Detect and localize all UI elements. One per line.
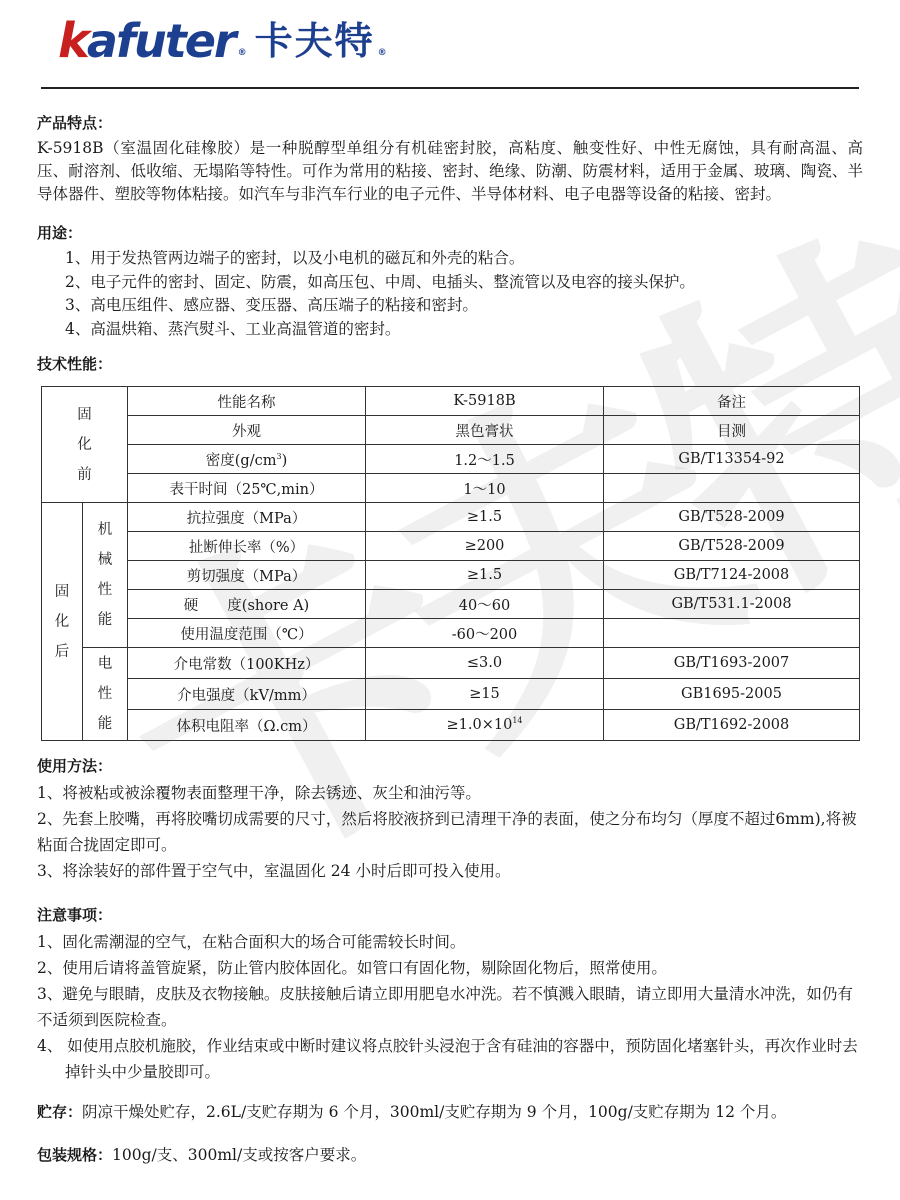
table-row: 体积电阻率（Ω.cm） ≥1.0×1014 GB/T1692-2008: [42, 710, 860, 741]
subgroup-electrical: 电性能: [83, 648, 128, 741]
document-header: kafuter®卡夫特®: [0, 0, 900, 92]
document-body: 产品特点： K-5918B（室温固化硅橡胶）是一种脱醇型单组分有机硅密封胶，高粘…: [37, 110, 863, 378]
cell-note: GB/T531.1-2008: [604, 590, 860, 619]
cell-note: GB/T1692-2008: [604, 710, 860, 741]
cell-value-text: ≥1.0×10: [447, 717, 513, 733]
uses-item: 2、电子元件的密封、固定、防震，如高压包、中周、电插头、整流管以及电容的接头保护…: [37, 271, 863, 295]
packaging-line: 包装规格：100g/支、300ml/支或按客户要求。: [37, 1142, 863, 1169]
table-header-row: 固化前 性能名称 K-5918B 备注: [42, 387, 860, 416]
storage-line: 贮存：阴凉干燥处贮存，2.6L/支贮存期为 6 个月，300ml/支贮存期为 9…: [37, 1099, 863, 1126]
group-label: 固化后: [52, 577, 72, 667]
cell-value: 1～10: [366, 474, 604, 503]
cell-value: 黑色膏状: [366, 416, 604, 445]
logo-wordmark: afuter: [87, 18, 235, 64]
section-uses: 用途： 1、用于发热管两边端子的密封，以及小电机的磁瓦和外壳的粘合。 2、电子元…: [37, 220, 863, 341]
uses-item: 4、高温烘箱、蒸汽熨斗、工业高温管道的密封。: [37, 318, 863, 342]
cell-note: GB/T13354-92: [604, 445, 860, 474]
cell-name: 剪切强度（MPa）: [128, 561, 366, 590]
logo-k-mark: k: [58, 18, 87, 64]
cell-note: GB1695-2005: [604, 679, 860, 710]
registered-mark-cn: ®: [378, 48, 387, 58]
cell-value: ≥200: [366, 532, 604, 561]
col-header-value: K-5918B: [366, 387, 604, 416]
cell-name: 外观: [128, 416, 366, 445]
brand-logo: kafuter®卡夫特®: [58, 18, 395, 64]
cell-value: ≥1.5: [366, 561, 604, 590]
cell-value: 1.2～1.5: [366, 445, 604, 474]
subgroup-label: 电性能: [95, 649, 115, 739]
document-body-lower: 使用方法： 1、将被粘或被涂覆物表面整理干净，除去锈迹、灰尘和油污等。 2、先套…: [37, 753, 863, 1169]
cell-note: GB/T528-2009: [604, 503, 860, 532]
notes-item: 1、固化需潮湿的空气，在粘合面积大的场合可能需较长时间。: [37, 929, 863, 955]
subgroup-mechanical: 机械性能: [83, 503, 128, 648]
table-row: 表干时间（25℃,min） 1～10: [42, 474, 860, 503]
notes-heading: 注意事项：: [37, 902, 863, 929]
cell-note: [604, 474, 860, 503]
table-row: 使用温度范围（℃） -60～200: [42, 619, 860, 648]
cell-note: 目测: [604, 416, 860, 445]
group-after-cure: 固化后: [42, 503, 83, 741]
features-text: K-5918B（室温固化硅橡胶）是一种脱醇型单组分有机硅密封胶，高粘度、触变性好…: [37, 137, 863, 206]
cell-value: ≥1.5: [366, 503, 604, 532]
cell-value: 40～60: [366, 590, 604, 619]
uses-item: 1、用于发热管两边端子的密封，以及小电机的磁瓦和外壳的粘合。: [37, 247, 863, 271]
features-heading: 产品特点：: [37, 110, 863, 137]
cell-name-text: 密度(g/cm: [206, 453, 277, 469]
col-header-note: 备注: [604, 387, 860, 416]
method-heading: 使用方法：: [37, 753, 863, 780]
cell-name: 硬 度(shore A): [128, 590, 366, 619]
cell-note: GB/T1693-2007: [604, 648, 860, 679]
table-row: 固化后 机械性能 抗拉强度（MPa） ≥1.5 GB/T528-2009: [42, 503, 860, 532]
registered-mark: ®: [238, 48, 247, 58]
notes-item: 2、使用后请将盖管旋紧，防止管内胶体固化。如管口有固化物，剔除固化物后，照常使用…: [37, 955, 863, 981]
cell-name: 体积电阻率（Ω.cm）: [128, 710, 366, 741]
cell-name: 表干时间（25℃,min）: [128, 474, 366, 503]
specs-table: 固化前 性能名称 K-5918B 备注 外观 黑色膏状 目测 密度(g/cm3)…: [41, 386, 860, 741]
method-item: 2、先套上胶嘴，再将胶嘴切成需要的尺寸，然后将胶液挤到已清理干净的表面，使之分布…: [37, 806, 863, 858]
group-label: 固化前: [75, 400, 95, 490]
section-method: 使用方法： 1、将被粘或被涂覆物表面整理干净，除去锈迹、灰尘和油污等。 2、先套…: [37, 753, 863, 884]
cell-name: 密度(g/cm3): [128, 445, 366, 474]
col-header-name: 性能名称: [128, 387, 366, 416]
cell-name: 扯断伸长率（%）: [128, 532, 366, 561]
section-features: 产品特点： K-5918B（室温固化硅橡胶）是一种脱醇型单组分有机硅密封胶，高粘…: [37, 110, 863, 206]
table-row: 扯断伸长率（%） ≥200 GB/T528-2009: [42, 532, 860, 561]
packaging-text: 100g/支、300ml/支或按客户要求。: [112, 1146, 366, 1164]
cell-note: [604, 619, 860, 648]
table-row: 密度(g/cm3) 1.2～1.5 GB/T13354-92: [42, 445, 860, 474]
table-row: 介电强度（kV/mm） ≥15 GB1695-2005: [42, 679, 860, 710]
cell-note: GB/T528-2009: [604, 532, 860, 561]
subgroup-label: 机械性能: [95, 515, 115, 635]
cell-value: ≥1.0×1014: [366, 710, 604, 741]
header-divider: [41, 87, 859, 89]
section-notes: 注意事项： 1、固化需潮湿的空气，在粘合面积大的场合可能需较长时间。 2、使用后…: [37, 902, 863, 1085]
group-before-cure: 固化前: [42, 387, 128, 503]
cell-value: ≤3.0: [366, 648, 604, 679]
table-row: 外观 黑色膏状 目测: [42, 416, 860, 445]
specs-heading: 技术性能：: [37, 351, 863, 378]
method-item: 1、将被粘或被涂覆物表面整理干净，除去锈迹、灰尘和油污等。: [37, 780, 863, 806]
table-row: 电性能 介电常数（100KHz） ≤3.0 GB/T1693-2007: [42, 648, 860, 679]
notes-item: 4、 如使用点胶机施胶，作业结束或中断时建议将点胶针头浸泡于含有硅油的容器中，预…: [37, 1033, 863, 1085]
uses-item: 3、高电压组件、感应器、变压器、高压端子的粘接和密封。: [37, 294, 863, 318]
table-row: 硬 度(shore A) 40～60 GB/T531.1-2008: [42, 590, 860, 619]
storage-text: 阴凉干燥处贮存，2.6L/支贮存期为 6 个月，300ml/支贮存期为 9 个月…: [82, 1103, 786, 1121]
cell-name: 介电常数（100KHz）: [128, 648, 366, 679]
notes-item: 3、避免与眼睛，皮肤及衣物接触。皮肤接触后请立即用肥皂水冲洗。若不慎溅入眼睛，请…: [37, 981, 863, 1033]
cell-name-end: ): [282, 453, 288, 469]
cell-name: 介电强度（kV/mm）: [128, 679, 366, 710]
logo-chinese: 卡夫特: [255, 18, 375, 64]
superscript: 14: [512, 716, 522, 725]
cell-name: 抗拉强度（MPa）: [128, 503, 366, 532]
cell-value: ≥15: [366, 679, 604, 710]
cell-value: -60～200: [366, 619, 604, 648]
uses-heading: 用途：: [37, 220, 863, 247]
method-item: 3、将涂装好的部件置于空气中，室温固化 24 小时后即可投入使用。: [37, 858, 863, 884]
table-row: 剪切强度（MPa） ≥1.5 GB/T7124-2008: [42, 561, 860, 590]
cell-name: 使用温度范围（℃）: [128, 619, 366, 648]
packaging-label: 包装规格：: [37, 1146, 112, 1164]
cell-note: GB/T7124-2008: [604, 561, 860, 590]
storage-label: 贮存：: [37, 1103, 82, 1121]
